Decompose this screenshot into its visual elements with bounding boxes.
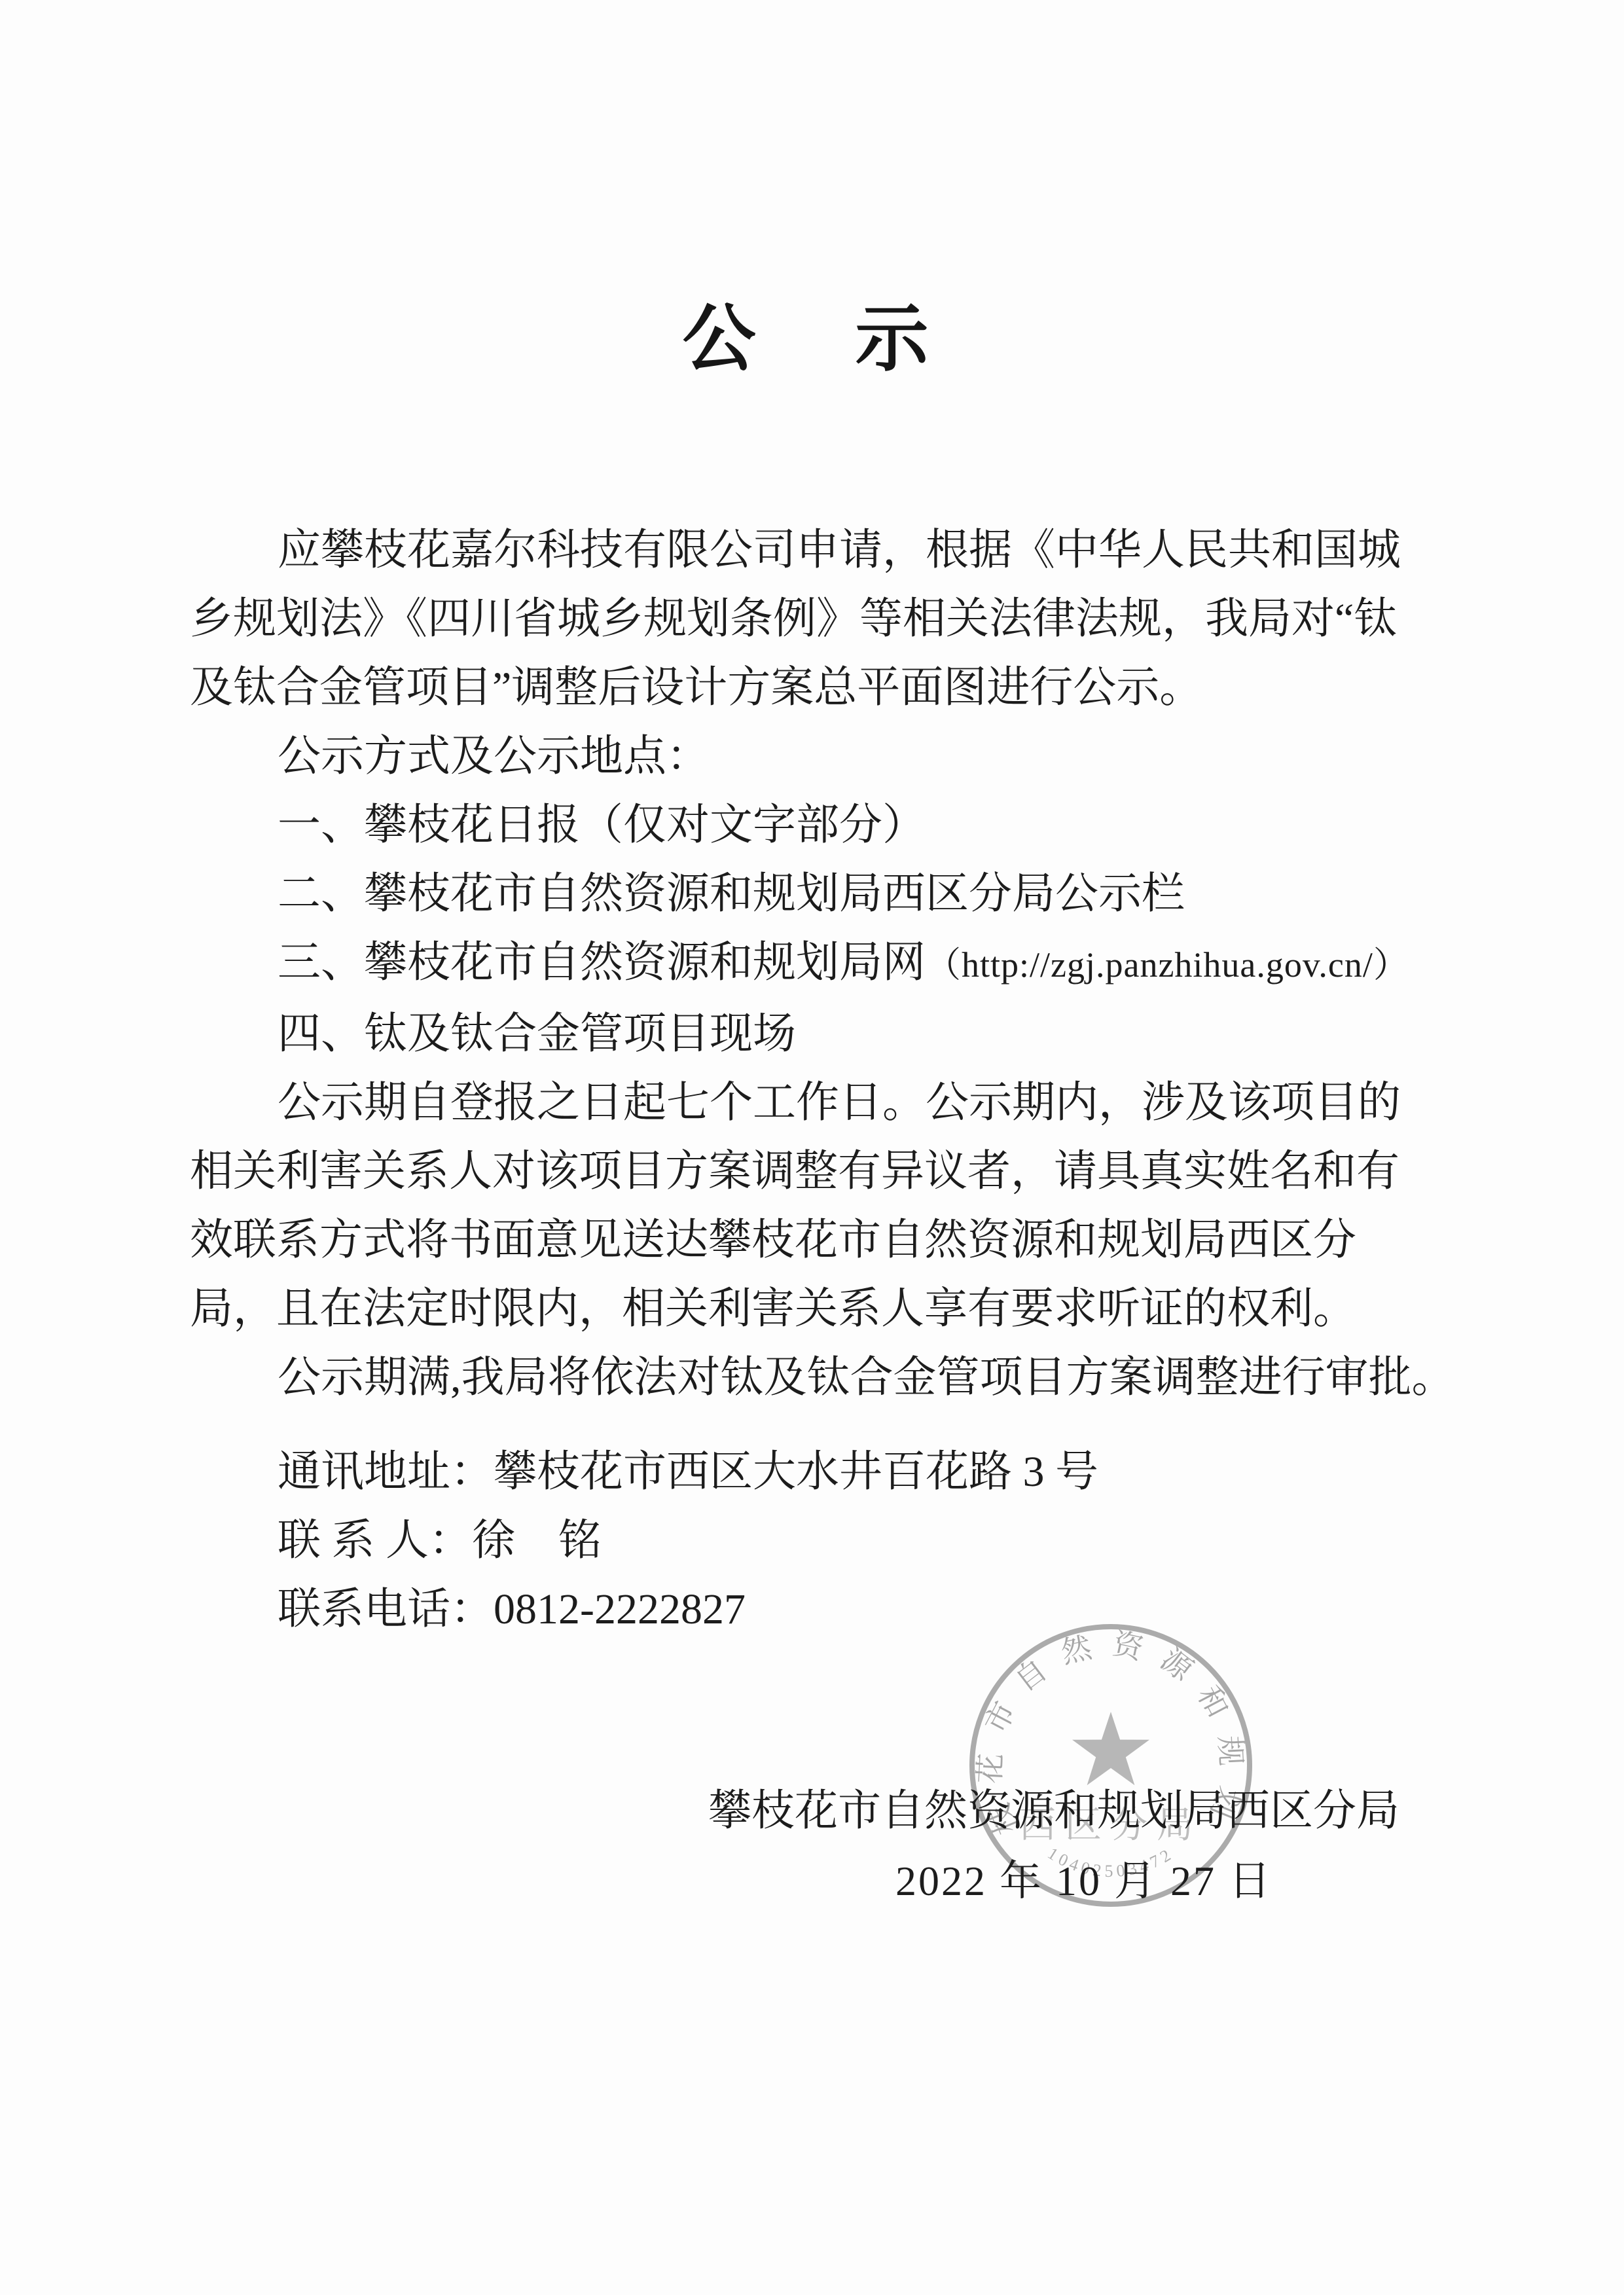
- body-line-3: 及钛合金管项目”调整后设计方案总平面图进行公示。: [190, 653, 1447, 722]
- contact-phone: 联系电话：0812-2222827: [190, 1575, 1098, 1644]
- notice-page: 公 示 应攀枝花嘉尔科技有限公司申请，根据《中华人民共和国城 乡规划法》《四川省…: [0, 0, 1624, 2295]
- contact-person: 联 系 人：徐 铭: [190, 1506, 1098, 1575]
- body-line-11: 效联系方式将书面意见送达攀枝花市自然资源和规划局西区分: [190, 1206, 1447, 1274]
- body-line-12: 局，且在法定时限内，相关利害关系人享有要求听证的权利。: [190, 1274, 1447, 1343]
- list-item-3-text: 三、攀枝花市自然资源和规划局网: [278, 939, 926, 986]
- body-line-2: 乡规划法》《四川省城乡规划条例》等相关法律法规，我局对“钛: [190, 585, 1447, 653]
- list-item-2: 二、攀枝花市自然资源和规划局西区分局公示栏: [190, 859, 1447, 928]
- list-item-1: 一、攀枝花日报（仅对文字部分）: [190, 791, 1447, 859]
- list-item-3: 三、攀枝花市自然资源和规划局网（http://zgj.panzhihua.gov…: [190, 928, 1447, 1000]
- issue-date: 2022 年 10 月 27 日: [895, 1847, 1272, 1907]
- issuing-agency: 攀枝花市自然资源和规划局西区分局: [708, 1775, 1399, 1837]
- body-line-1: 应攀枝花嘉尔科技有限公司申请，根据《中华人民共和国城: [190, 516, 1447, 585]
- body-line-9: 公示期自登报之日起七个工作日。公示期内，涉及该项目的: [190, 1068, 1447, 1137]
- body-line-4: 公示方式及公示地点：: [190, 722, 1447, 791]
- list-item-4: 四、钛及钛合金管项目现场: [190, 1000, 1447, 1068]
- body-line-13: 公示期满,我局将依法对钛及钛合金管项目方案调整进行审批。: [190, 1343, 1447, 1412]
- contact-address: 通讯地址：攀枝花市西区大水井百花路 3 号: [190, 1437, 1098, 1506]
- notice-title: 公 示: [0, 280, 1624, 386]
- star-icon: [1072, 1712, 1149, 1785]
- body-line-10: 相关利害关系人对该项目方案调整有异议者，请具真实姓名和有: [190, 1137, 1447, 1206]
- website-url: （http://zgj.panzhihua.gov.cn/）: [926, 945, 1409, 985]
- contact-block: 通讯地址：攀枝花市西区大水井百花路 3 号 联 系 人：徐 铭 联系电话：081…: [190, 1437, 1098, 1644]
- notice-body: 应攀枝花嘉尔科技有限公司申请，根据《中华人民共和国城 乡规划法》《四川省城乡规划…: [190, 516, 1447, 1412]
